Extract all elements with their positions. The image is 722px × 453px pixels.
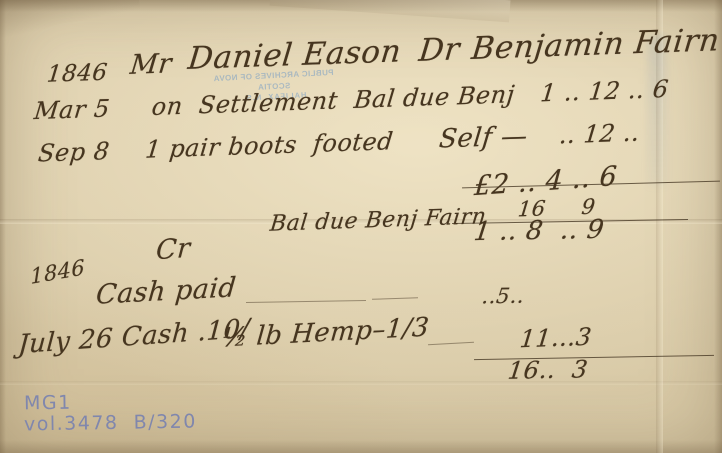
cash-filler-dash-2 (372, 297, 418, 300)
entry-filler-dash (428, 342, 474, 345)
debit2-amount: .. 12 .. (558, 118, 641, 149)
debit2-description: 1 pair boots footed (144, 127, 395, 164)
catalog-note-line1: MG1 (24, 392, 72, 415)
debit2-maker: Self — (438, 121, 530, 154)
cash-filler-dash (246, 300, 366, 303)
dr-mark: Dr (417, 31, 461, 69)
top-left-fold-shadow (0, 0, 143, 47)
credit-entry-amount: 11...3 (519, 323, 594, 354)
lower-fold-crease (0, 381, 722, 385)
debit-row-2: Sep 8 1 pair boots footed Self — .. 12 .… (37, 117, 642, 168)
credit-entry-item: ½ lb Hemp–1/3 (221, 312, 431, 353)
balance-amount: 1 .. 8 .. 9 (472, 215, 606, 247)
cash-paid-label: Cash paid (95, 272, 238, 311)
heading-salutation: Mr (129, 48, 174, 81)
paper-bottom-edge-shadow (0, 440, 722, 453)
credit-year: 1846 (30, 255, 85, 289)
paper-left-edge-shadow (0, 0, 6, 453)
catalog-note-line2: vol.3478 B/320 (24, 410, 197, 435)
cr-mark: Cr (155, 233, 192, 267)
debit1-date: Mar 5 (33, 94, 112, 125)
creditor-name: Benjamin Fairn (470, 22, 722, 67)
heading-year: 1846 (46, 60, 109, 88)
document-page: PUBLIC ARCHIVES OF NOVA SCOTIA HALIFAX, … (0, 0, 722, 453)
debit1-amount: 1 .. 12 .. 6 (539, 75, 670, 108)
debit2-date: Sep 8 (37, 137, 111, 168)
debit-row-1: Mar 5 on Settlement Bal due Benj 1 .. 12… (33, 75, 670, 125)
cash-paid-amount: ..5.. (481, 284, 527, 309)
balance-label: Bal due Benj Fairn (269, 204, 488, 237)
credit-entry-date-cash: July 26 Cash .10/ (17, 314, 251, 360)
debtor-name: Daniel Eason (186, 33, 403, 77)
heading-line: 1846 Mr Daniel Eason Dr Benjamin Fairn (46, 22, 721, 82)
paper-right-edge-shadow (714, 0, 722, 453)
credit-total: 16.. 3 (506, 355, 589, 384)
